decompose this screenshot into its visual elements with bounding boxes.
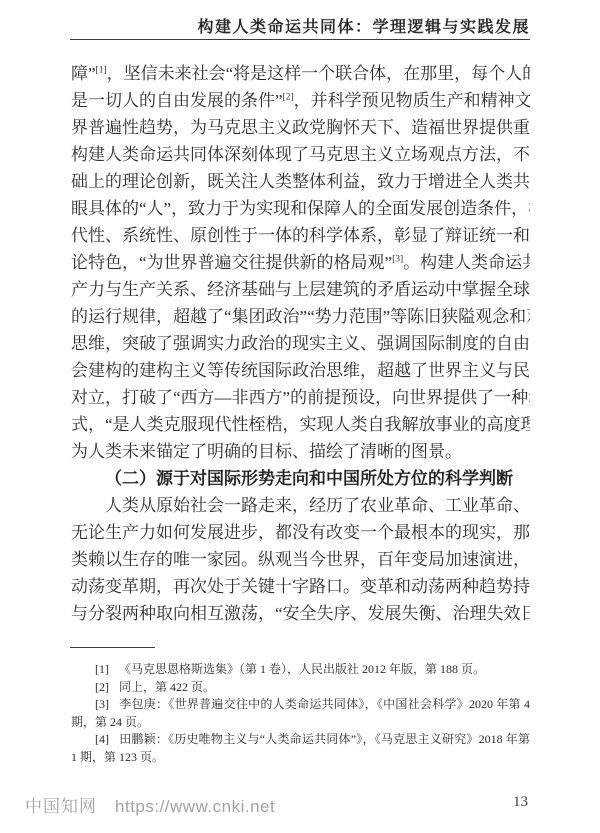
body-line: 论特色，“为世界普遍交往提供新的格局观”[3]。构建人类命运共同体在生 (71, 249, 530, 276)
body-line-text: 是一切人的自由发展的条件” (71, 91, 283, 110)
body-line: 对立，打破了“西方—非西方”的前提预设，向世界提供了一种崭新思维方 (71, 384, 530, 411)
body-line: 类赖以生存的唯一家园。纵观当今世界，百年变局加速演进，世界进入新的 (71, 546, 530, 573)
body-line-text: 式，“是人类克服现代性桎梏，实现人类自我解放事业的高度理论自觉” (71, 415, 530, 434)
footnote: [3]李包庚：《世界普遍交往中的人类命运共同体》，《中国社会科学》2020 年第… (71, 696, 530, 731)
body-line-text: 与分裂两种取向相互激荡，“安全失序、发展失衡、治理失效日益突出，热 (71, 604, 530, 623)
footnote-separator (70, 647, 155, 648)
cnki-site-name: 中国知网 (25, 792, 97, 817)
scanned-document-page: 构建人类命运共同体：学理逻辑与实践发展 障”[1]，坚信未来社会“将是这样一个联… (0, 0, 600, 833)
body-line: 与分裂两种取向相互激荡，“安全失序、发展失衡、治理失效日益突出，热 (71, 600, 530, 627)
footnote-label: [3] (95, 697, 109, 711)
body-text: 障”[1]，坚信未来社会“将是这样一个联合体，在那里，每个人的自由发展是一切人的… (71, 60, 530, 627)
body-line: 界普遍性趋势，为马克思主义政党胸怀天下、造福世界提供重要理论依据。 (71, 114, 530, 141)
footnote-ref: [2] (283, 92, 294, 102)
body-line-text: ，并科学预见物质生产和精神文化生产的世 (294, 91, 530, 110)
cnki-url: https://www.cnki.net (115, 797, 275, 817)
footnote: [2]同上，第 422 页。 (71, 679, 530, 697)
body-line-text: 人类从原始社会一路走来，经历了农业革命、工业革命、信息革命，但 (105, 496, 530, 515)
body-line: 构建人类命运共同体深刻体现了马克思主义立场观点方法，不断推进实践基 (71, 141, 530, 168)
body-line-text: 会建构的建构主义等传统国际政治思维，超越了世界主义与民族主义的二元 (71, 361, 530, 380)
body-line: 眼具体的“人”，致力于为实现和保障人的全面发展创造条件，构成了集时 (71, 195, 530, 222)
footnote-ref: [3] (392, 254, 403, 264)
body-line-text: 对立，打破了“西方—非西方”的前提预设，向世界提供了一种崭新思维方 (71, 388, 530, 407)
footnote-ref: [1] (96, 65, 107, 75)
body-line: 产力与生产关系、经济基础与上层建筑的矛盾运动中掌握全球化与全球治理 (71, 276, 530, 303)
body-line: 无论生产力如何发展进步，都没有改变一个最根本的现实，那就是地球是人 (71, 519, 530, 546)
body-line: 会建构的建构主义等传统国际政治思维，超越了世界主义与民族主义的二元 (71, 357, 530, 384)
body-line: 人类从原始社会一路走来，经历了农业革命、工业革命、信息革命，但 (71, 492, 530, 519)
body-line-text: 代性、系统性、原创性于一体的科学体系，彰显了辩证统一和普遍联系的理 (71, 226, 530, 245)
body-line-text: 产力与生产关系、经济基础与上层建筑的矛盾运动中掌握全球化与全球治理 (71, 280, 530, 299)
body-line: 动荡变革期，再次处于关键十字路口。变革和动荡两种趋势持续演进，团结 (71, 573, 530, 600)
body-line-text: 为人类未来锚定了明确的目标、描绘了清晰的图景。 (71, 442, 462, 461)
body-line-text: 思维，突破了强调实力政治的现实主义、强调国际制度的自由主义和强调社 (71, 334, 530, 353)
body-line: 代性、系统性、原创性于一体的科学体系，彰显了辩证统一和普遍联系的理 (71, 222, 530, 249)
body-line-text: 础上的理论创新，既关注人类整体利益，致力于增进全人类共同福祉，又着 (71, 172, 530, 191)
body-line-text: 障” (71, 64, 96, 83)
body-line: 为人类未来锚定了明确的目标、描绘了清晰的图景。 (71, 438, 530, 465)
body-line-text: 无论生产力如何发展进步，都没有改变一个最根本的现实，那就是地球是人 (71, 523, 530, 542)
body-line-text: 构建人类命运共同体深刻体现了马克思主义立场观点方法，不断推进实践基 (71, 145, 530, 164)
footnote-label: [1] (95, 662, 109, 676)
footnote-label: [2] (95, 680, 109, 694)
body-line-text: 类赖以生存的唯一家园。纵观当今世界，百年变局加速演进，世界进入新的 (71, 550, 530, 569)
body-line-text: （二）源于对国际形势走向和中国所处方位的科学判断 (105, 469, 513, 488)
body-line-text: 论特色，“为世界普遍交往提供新的格局观” (71, 253, 392, 272)
footnote: [4]田鹏颖：《历史唯物主义与“人类命运共同体”》，《马克思主义研究》2018 … (71, 731, 530, 766)
body-line-text: 界普遍性趋势，为马克思主义政党胸怀天下、造福世界提供重要理论依据。 (71, 118, 530, 137)
footnote-label: [4] (95, 732, 109, 746)
body-line-text: 的运行规律，超越了“集团政治”“势力范围”等陈旧狭隘观念和对立对抗 (71, 307, 530, 326)
body-line: 障”[1]，坚信未来社会“将是这样一个联合体，在那里，每个人的自由发展 (71, 60, 530, 87)
header-rule (70, 39, 530, 40)
body-line-text: ，坚信未来社会“将是这样一个联合体，在那里，每个人的自由发展 (107, 64, 530, 83)
body-line: 的运行规律，超越了“集团政治”“势力范围”等陈旧狭隘观念和对立对抗 (71, 303, 530, 330)
page-footer: 中国知网 https://www.cnki.net (25, 792, 275, 817)
footnote: [1]《马克思恩格斯选集》（第 1 卷），人民出版社 2012 年版，第 188… (71, 661, 530, 679)
body-line: 式，“是人类克服现代性桎梏，实现人类自我解放事业的高度理论自觉”[4]， (71, 411, 530, 438)
body-line-text: 。构建人类命运共同体在生 (403, 253, 530, 272)
footnotes: [1]《马克思恩格斯选集》（第 1 卷），人民出版社 2012 年版，第 188… (71, 661, 530, 766)
body-line: 础上的理论创新，既关注人类整体利益，致力于增进全人类共同福祉，又着 (71, 168, 530, 195)
section-heading: （二）源于对国际形势走向和中国所处方位的科学判断 (71, 465, 530, 492)
page-number: 13 (513, 794, 528, 811)
body-line-text: 眼具体的“人”，致力于为实现和保障人的全面发展创造条件，构成了集时 (71, 199, 530, 218)
body-line: 思维，突破了强调实力政治的现实主义、强调国际制度的自由主义和强调社 (71, 330, 530, 357)
running-head-title: 构建人类命运共同体：学理逻辑与实践发展 (197, 14, 530, 37)
body-line-text: 动荡变革期，再次处于关键十字路口。变革和动荡两种趋势持续演进，团结 (71, 577, 530, 596)
body-line: 是一切人的自由发展的条件”[2]，并科学预见物质生产和精神文化生产的世 (71, 87, 530, 114)
